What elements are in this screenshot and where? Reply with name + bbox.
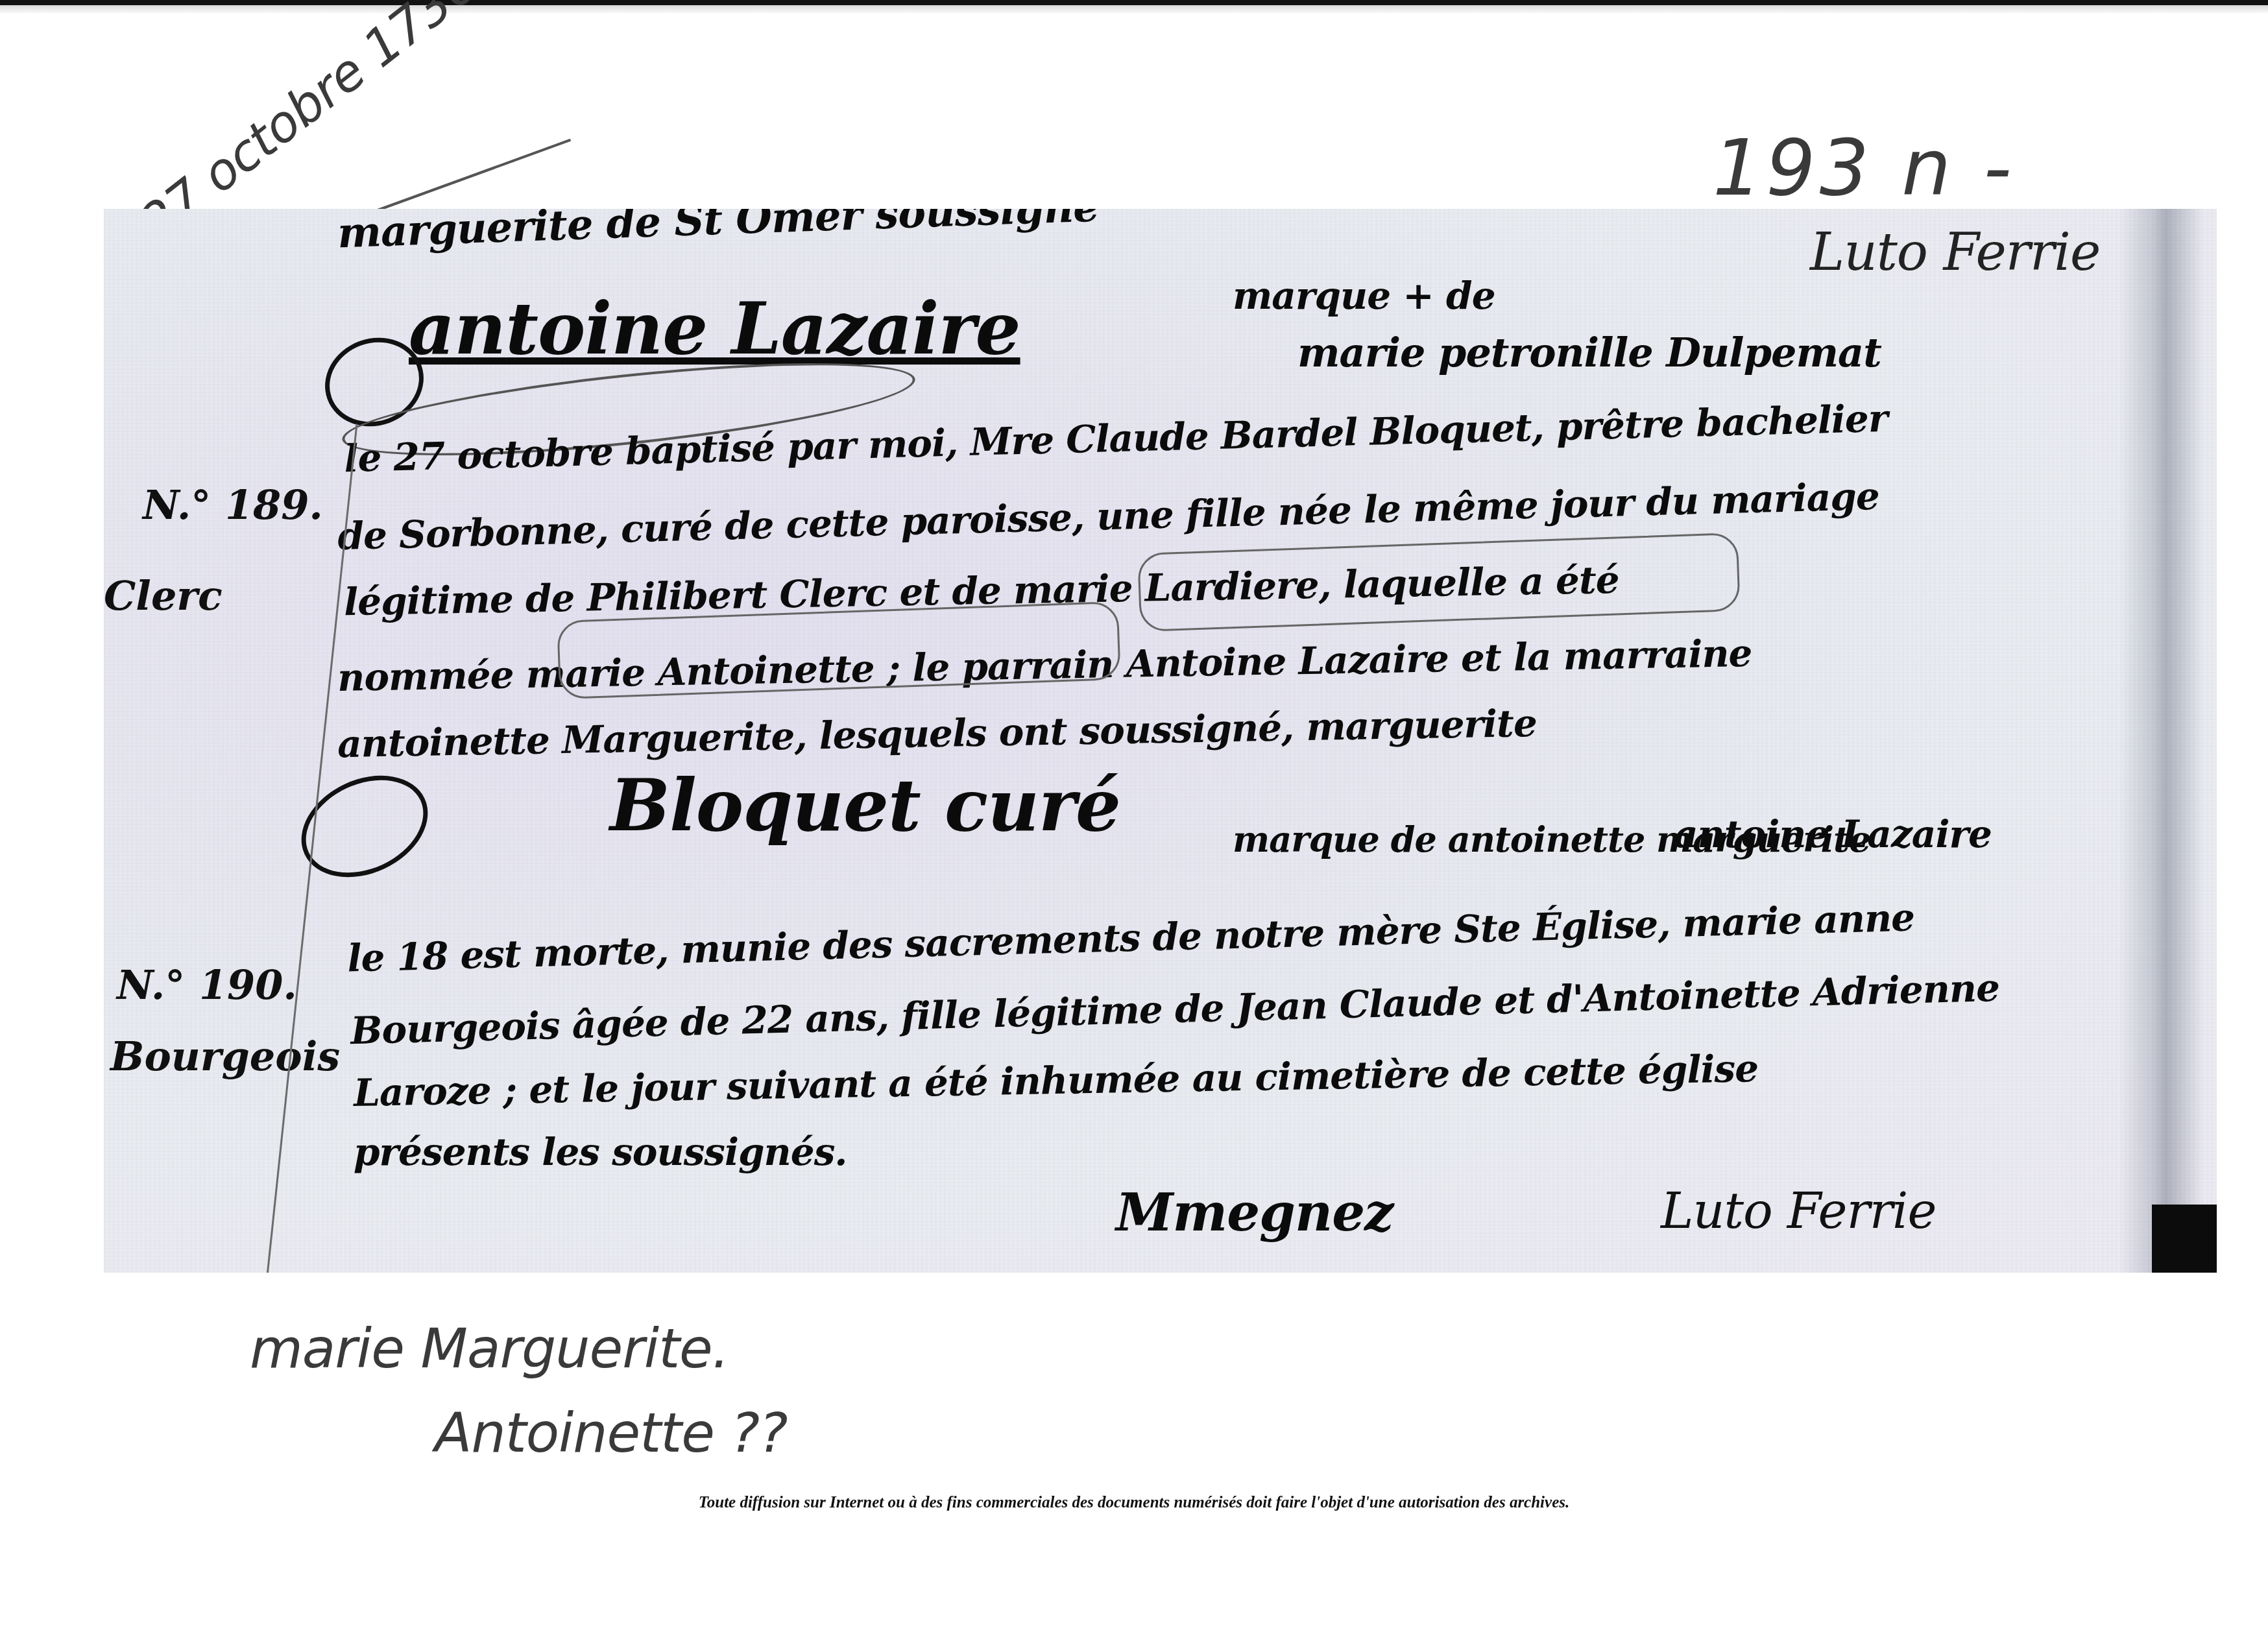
record-189-header-line: marguerite de St Omer soussigné (337, 209, 1100, 258)
clerk-signature-top: Luto Ferrie (1810, 222, 2100, 282)
record-190-number: N.° 190. (117, 961, 297, 1009)
pencil-note-line-1: marie Marguerite. (250, 1317, 729, 1380)
record-190-line-1: le 18 est morte, munie des sacrements de… (347, 895, 1915, 980)
scan-top-edge (0, 0, 2268, 5)
archives-copyright-notice: Toute diffusion sur Internet ou à des fi… (0, 1494, 2268, 1512)
record-190-signature-1: Mmegnez (1116, 1182, 1393, 1243)
record-189-line-5: antoinette Marguerite, lesquels ont sous… (337, 701, 1538, 766)
record-189-number: N.° 189. (143, 481, 323, 529)
record-190-line-2: Bourgeois âgée de 22 ans, fille légitime… (350, 966, 2000, 1053)
record-190-line-4: présents les soussignés. (354, 1130, 847, 1174)
priest-signature: Bloquet curé (610, 763, 1120, 847)
pencil-page-reference: 193 n - (1713, 123, 2016, 213)
record-190-line-3: Laroze ; et le jour suivant a été inhumé… (354, 1046, 1759, 1115)
pencil-box-parents (1137, 533, 1741, 632)
scan-top-shade (0, 5, 2268, 14)
record-189-signature-lazaire: antoine Lazaire (409, 287, 1020, 370)
record-189-margin-name: Clerc (104, 572, 223, 619)
godfather-signature: antoine Lazaire (1674, 812, 1992, 856)
record-190-margin-name: Bourgeois (110, 1033, 340, 1080)
witness-mark-2: marie petronille Dulpemat (1297, 329, 1881, 376)
register-photocopy: marguerite de St Omer soussigné antoine … (104, 209, 2217, 1273)
binding-shadow (2119, 209, 2204, 1273)
scan-corner-artifact (2152, 1205, 2217, 1273)
pencil-underline (363, 139, 571, 217)
pencil-note-line-2: Antoinette ?? (435, 1401, 788, 1465)
witness-mark-1: marque + de (1233, 274, 1495, 318)
record-190-signature-2: Luto Ferrie (1661, 1182, 1936, 1240)
